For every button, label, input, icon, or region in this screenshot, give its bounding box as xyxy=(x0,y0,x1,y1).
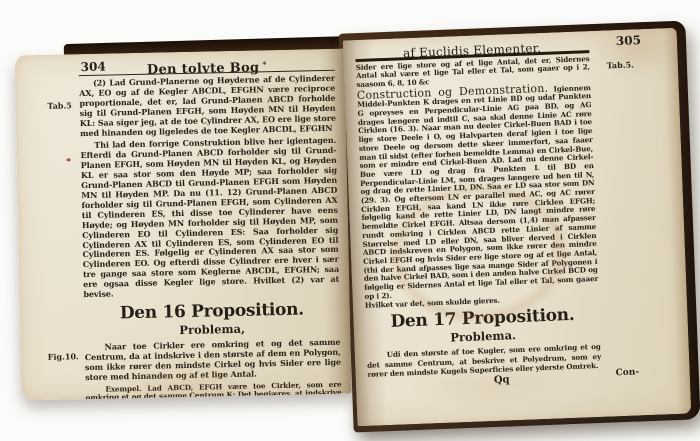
header-ornament: * xyxy=(262,59,266,69)
paragraph-prop17-statement: Udi den største af toe Kugler, som ere o… xyxy=(367,342,602,380)
left-page: 304Den tolvte Bog* Tab.5 Fig.10. (2) Lad… xyxy=(14,49,351,401)
page-number-left: 304 xyxy=(81,60,106,75)
paragraph-construction-demonstration: Construction og Demonstration. Igiennem … xyxy=(357,83,599,302)
catchword-right: Con- xyxy=(615,367,639,378)
margin-note-fig10: Fig.10. xyxy=(48,351,79,362)
paragraph-cylinders-setup: (2) Lad Grund-Planerne og Høyderne af de… xyxy=(79,74,336,139)
right-page: af Euclidis Elementer.305 Tab.5. Sider e… xyxy=(343,28,692,427)
margin-note-tab5-left: Tab.5 xyxy=(47,100,72,111)
paragraph-prop16-statement: Naar toe Cirkler ere omkring et og det s… xyxy=(84,338,341,383)
paragraph-cylinders-proof: Thi lad den forrige Construktion blive h… xyxy=(80,136,339,300)
signature-mark: Qq xyxy=(494,374,510,386)
running-title-left: Den tolvte Bog xyxy=(147,60,260,77)
page-number-right: 305 xyxy=(616,33,642,48)
open-book-photo: 304Den tolvte Bog* Tab.5 Fig.10. (2) Lad… xyxy=(0,0,700,441)
margin-note-tab5-right: Tab.5. xyxy=(607,59,634,70)
construction-text: Igiennem Middel-Punkten K drages en ret … xyxy=(357,83,598,301)
paper-speck xyxy=(67,158,71,161)
